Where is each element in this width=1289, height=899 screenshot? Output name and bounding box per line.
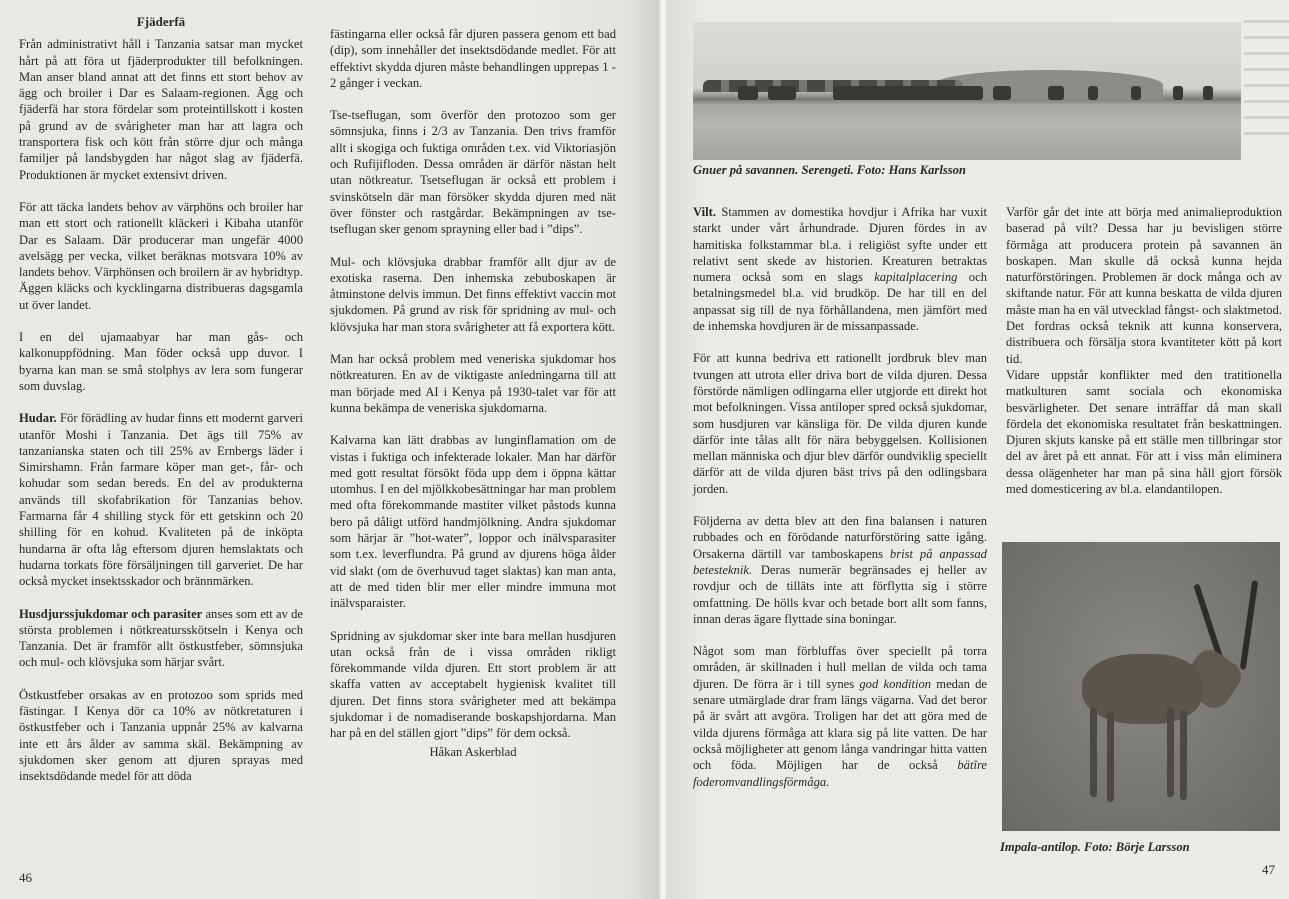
paragraph: Vidare uppstår konflikter med den tratit… [1006,367,1282,497]
paragraph: Spridning av sjukdomar sker inte bara me… [330,628,616,742]
paragraph: Följderna av detta blev att den fina bal… [693,513,987,627]
run-in-heading: Vilt. [693,205,716,219]
paragraph: Östkustfeber orsakas av en protozoo som … [19,687,303,785]
paragraph: Kalvarna kan lätt drabbas av lunginflama… [330,432,616,611]
paragraph: För att täcka landets behov av värphöns … [19,199,303,313]
left-page-column-1: Fjäderfä Från administrativt håll i Tanz… [19,14,303,784]
page-number-left: 46 [19,870,32,886]
wildebeest-savanna-photo [693,22,1241,160]
paragraph: I en del ujamaabyar har man gås- och kal… [19,329,303,394]
impala-antelope-photo [1002,542,1280,831]
photo-caption-impala: Impala-antilop. Foto: Börje Larsson [1000,840,1190,855]
paragraph: Något som man förbluffas över speciellt … [693,643,987,790]
paragraph: fästingarna eller också får djuren passe… [330,26,616,91]
right-page-column-2: Varför går det inte att börja med animal… [1006,204,1282,513]
paragraph: Varför går det inte att börja med animal… [1006,204,1282,367]
author-signature: Håkan Askerblad [330,744,616,760]
paragraph: För att kunna bedriva ett rationellt jor… [693,350,987,497]
paragraph: Tse-tseflugan, som överför den protozoo … [330,107,616,237]
photo-caption-wildebeest: Gnuer på savannen. Serengeti. Foto: Hans… [693,163,966,178]
section-heading-fjaderfa: Fjäderfä [19,14,303,30]
run-in-heading: Husdjurssjukdomar och parasiter [19,607,202,621]
paragraph-vilt: Vilt. Stammen av domestika hovdjur i Afr… [693,204,987,334]
right-page-column-1: Vilt. Stammen av domestika hovdjur i Afr… [693,204,987,790]
book-gutter [658,0,668,899]
left-page-column-2: fästingarna eller också får djuren passe… [330,26,616,760]
show-through-text [1244,20,1289,140]
paragraph: Man har också problem med veneriska sjuk… [330,351,616,416]
paragraph: Mul- och klövsjuka drabbar framför allt … [330,254,616,335]
paragraph: Från administrativt håll i Tanzania sats… [19,36,303,183]
run-in-heading: Hudar. [19,411,57,425]
page-number-right: 47 [1262,862,1275,878]
paragraph-husdjurssjukdomar: Husdjurssjukdomar och parasiter anses so… [19,606,303,671]
paragraph-hudar: Hudar. För förädling av hudar finns ett … [19,410,303,589]
